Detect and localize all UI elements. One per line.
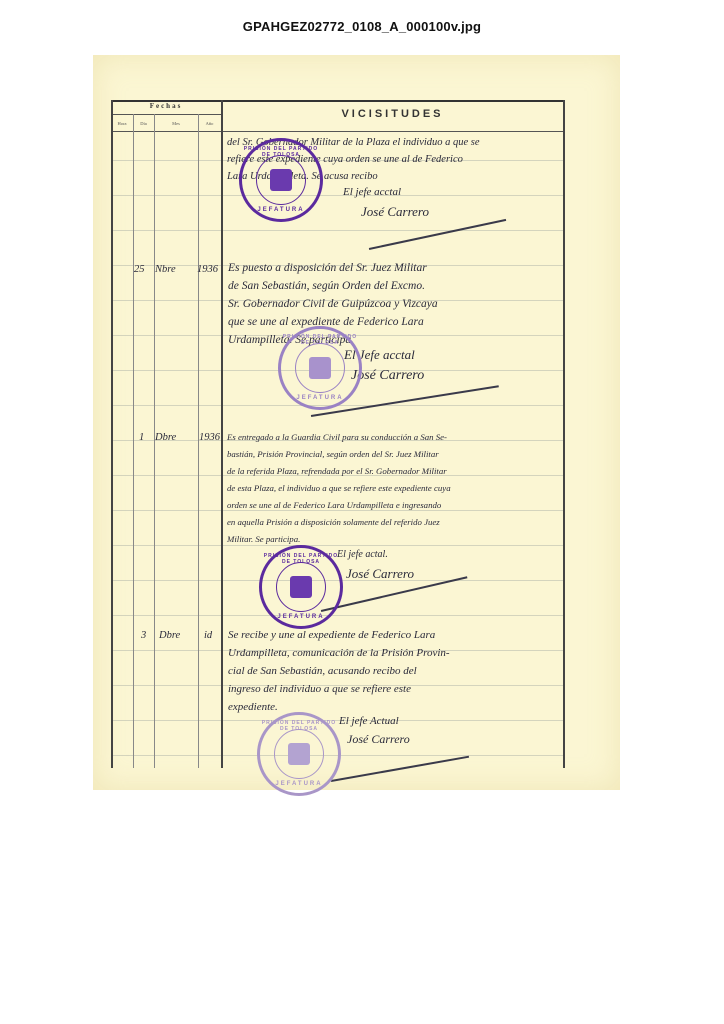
signature-name: José Carrero xyxy=(346,566,414,582)
entry-line: bastián, Prisión Provincial, según orden… xyxy=(227,446,439,464)
entry-line: orden se une al de Federico Lara Urdampi… xyxy=(227,497,441,515)
header-fechas: Fechas xyxy=(111,102,221,110)
entry-line: en aquella Prisión a disposición solamen… xyxy=(227,514,440,532)
prison-stamp: PRISIÓN DEL PARTIDO DE TOLOSA JEFATURA xyxy=(239,138,323,222)
signature-name: José Carrero xyxy=(347,732,410,747)
entry-line: Es puesto a disposición del Sr. Juez Mil… xyxy=(228,260,427,278)
signature-name: José Carrero xyxy=(361,204,429,220)
image-filename: GPAHGEZ02772_0108_A_000100v.jpg xyxy=(0,19,724,34)
signature-title: El jefe actal. xyxy=(337,549,388,560)
entry-line: Es entregado a la Guardia Civil para su … xyxy=(227,429,447,447)
entry-line: Se recibe y une al expediente de Federic… xyxy=(228,627,435,645)
prison-stamp: PRISIÓN DEL PARTIDO DE TOLOSA JEFATURA xyxy=(259,545,343,629)
entry-day: 1 xyxy=(139,432,144,443)
prison-stamp: PRISIÓN DEL PARTIDO DE TOLOSA JEFATURA xyxy=(278,326,362,410)
entry-month: Dbre xyxy=(159,630,180,641)
coat-of-arms-icon xyxy=(270,169,292,191)
entry-year: 1936 xyxy=(197,264,218,275)
signature-title: El jefe Actual xyxy=(339,715,399,727)
coat-of-arms-icon xyxy=(290,576,312,598)
entry-line: de San Sebastián, según Orden del Excmo. xyxy=(228,278,425,296)
entry-month: Dbre xyxy=(155,432,176,443)
entry-year: id xyxy=(204,630,212,641)
header-hora: Hora xyxy=(111,121,133,126)
entry-line: de esta Plaza, el individuo a que se ref… xyxy=(227,480,451,498)
header-mes: Mes xyxy=(154,121,198,126)
entry-year: 1936 xyxy=(199,432,220,443)
entry-day: 3 xyxy=(141,630,146,641)
document-page: Fechas Hora Día Mes Año VICISITUDES del … xyxy=(93,55,620,790)
entry-line: expediente. xyxy=(228,699,278,717)
entry-line: de la referida Plaza, refrendada por el … xyxy=(227,463,447,481)
entry-month: Nbre xyxy=(155,264,176,275)
entry-day: 25 xyxy=(134,264,145,275)
coat-of-arms-icon xyxy=(309,357,331,379)
header-dia: Día xyxy=(133,121,154,126)
header-vicisitudes: VICISITUDES xyxy=(221,108,564,120)
entry-line: Urdampilleta, comunicación de la Prisión… xyxy=(228,645,450,663)
signature-name: José Carrero xyxy=(351,368,424,384)
entry-line: ingreso del individuo a que se refiere e… xyxy=(228,681,411,699)
entry-line: cial de San Sebastián, acusando recibo d… xyxy=(228,663,417,681)
coat-of-arms-icon xyxy=(288,743,310,765)
header-ano: Año xyxy=(198,121,221,126)
entry-line: Sr. Gobernador Civil de Guipúzcoa y Vizc… xyxy=(228,296,438,314)
prison-stamp: PRISIÓN DEL PARTIDO DE TOLOSA JEFATURA xyxy=(257,712,341,796)
signature-title: El jefe acctal xyxy=(343,186,401,198)
vicisitudes-table: Fechas Hora Día Mes Año VICISITUDES del … xyxy=(111,100,564,768)
